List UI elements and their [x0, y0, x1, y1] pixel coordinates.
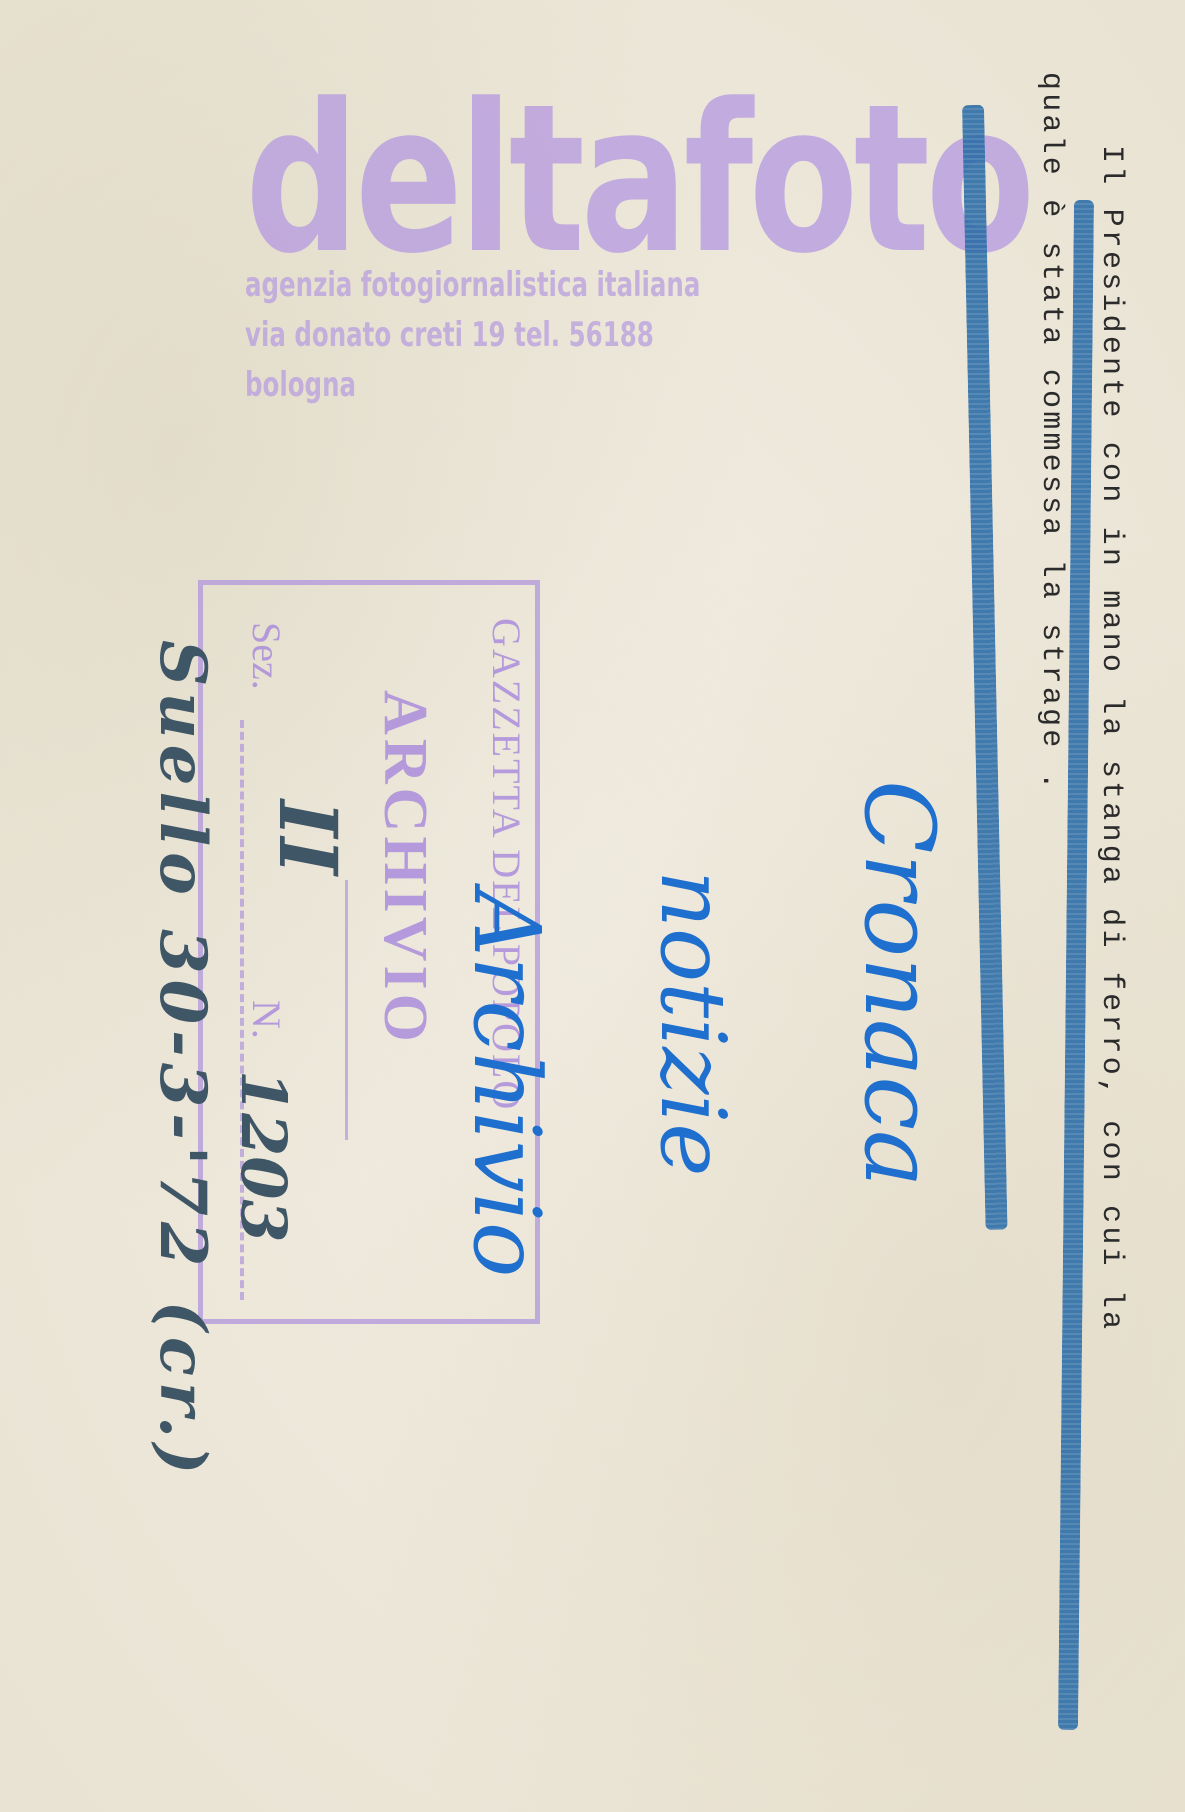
agency-stamp-line1: agenzia fotogiornalistica italiana: [245, 268, 700, 302]
archive-stamp-section-label: Sez.: [243, 622, 290, 690]
archive-section-value: II: [261, 800, 355, 875]
archive-stamp-label: ARCHIVIO: [369, 690, 440, 1046]
handwritten-blue-note-2: notizie: [640, 870, 745, 1177]
agency-stamp-title: deltafoto: [245, 78, 1031, 283]
agency-stamp-line3: bologna: [245, 368, 356, 402]
typed-caption-line1: Il Presidente con in mano la stanga di f…: [1094, 145, 1128, 1332]
handwritten-blue-note-1: Archivio: [453, 890, 560, 1277]
handwritten-date-note: Suello 30-3-'72 (cr.): [145, 640, 220, 1480]
archive-stamp-divider: [345, 880, 348, 1140]
agency-stamp-line2: via donato creti 19 tel. 56188: [245, 318, 654, 352]
archive-stamp-number-label: N.: [243, 1000, 290, 1039]
archive-number-value: 1203: [227, 1070, 300, 1243]
typed-caption-line2: quale è stata commessa la strage .: [1034, 72, 1068, 793]
handwritten-blue-note-3: Cronaca: [843, 780, 955, 1187]
